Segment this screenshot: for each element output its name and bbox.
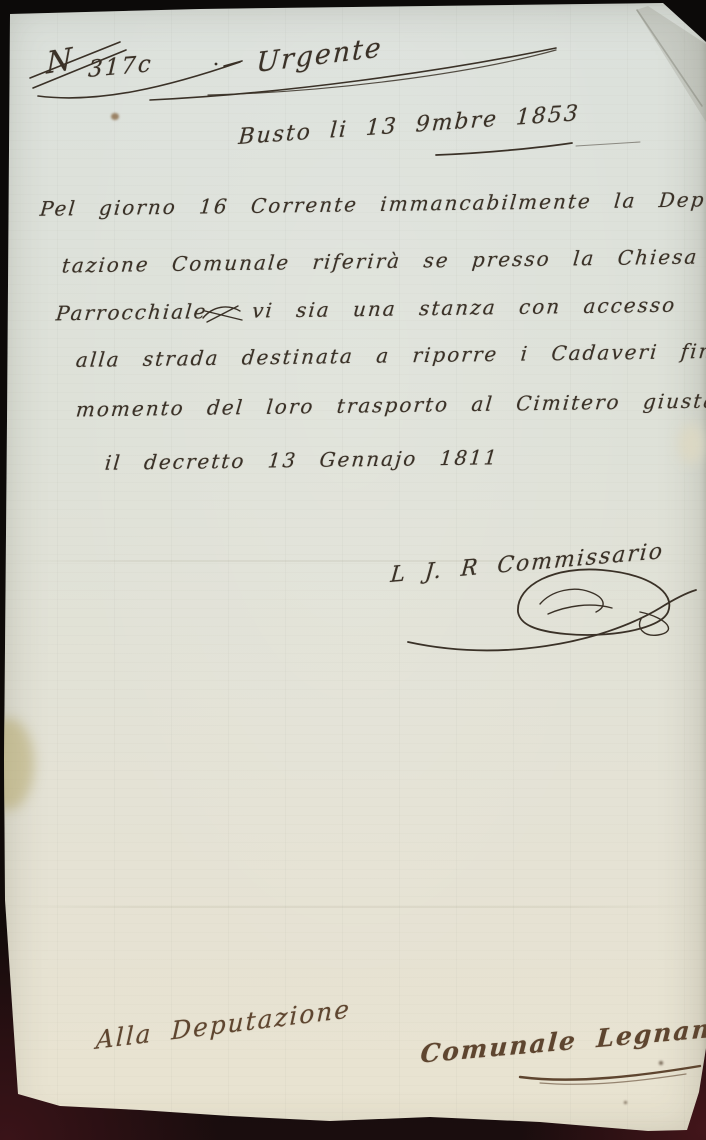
fold-crease-line	[637, 10, 702, 106]
light-spot	[678, 424, 704, 464]
speck	[659, 1061, 663, 1065]
paper-sheet: N 317c Urgente Busto li 13 9mbre 1853 Pe…	[0, 0, 706, 1140]
date-underline	[436, 142, 640, 155]
body-line-5: momento del loro trasporto al Cimitero g…	[75, 389, 706, 422]
addressee-part1: Alla Deputazione	[95, 994, 351, 1055]
dash-mark	[215, 61, 242, 66]
body-line-1: Pel giorno 16 Corrente immancabilmente l…	[39, 187, 706, 221]
reference-number: 317c	[87, 51, 153, 83]
ink-flourishes	[0, 0, 706, 1140]
body-line-4: alla strada destinata a riporre i Cadave…	[75, 338, 706, 372]
body-line-6: il decretto 13 Gennajo 1811	[104, 445, 500, 475]
body-line-2: tazione Comunale riferirà se presso la C…	[61, 245, 700, 278]
paper-texture	[0, 0, 706, 1140]
corner-fold	[0, 0, 706, 1140]
priority-label: Urgente	[256, 32, 384, 79]
ink-spot	[111, 113, 119, 120]
body-line-3: Parrocchiale vi sia una stanza con acces…	[55, 293, 678, 326]
legnano-underline	[520, 1066, 700, 1084]
fold-crease	[0, 906, 706, 908]
dateline: Busto li 13 9mbre 1853	[238, 101, 581, 150]
document-photo: N 317c Urgente Busto li 13 9mbre 1853 Pe…	[0, 0, 706, 1140]
edge-stain	[0, 718, 34, 810]
addressee-part2: Comunale Legnano	[420, 1012, 706, 1068]
reference-prefix: N	[46, 41, 74, 81]
signature-title: L J. R Commissario	[389, 539, 665, 588]
speck	[624, 1101, 627, 1104]
